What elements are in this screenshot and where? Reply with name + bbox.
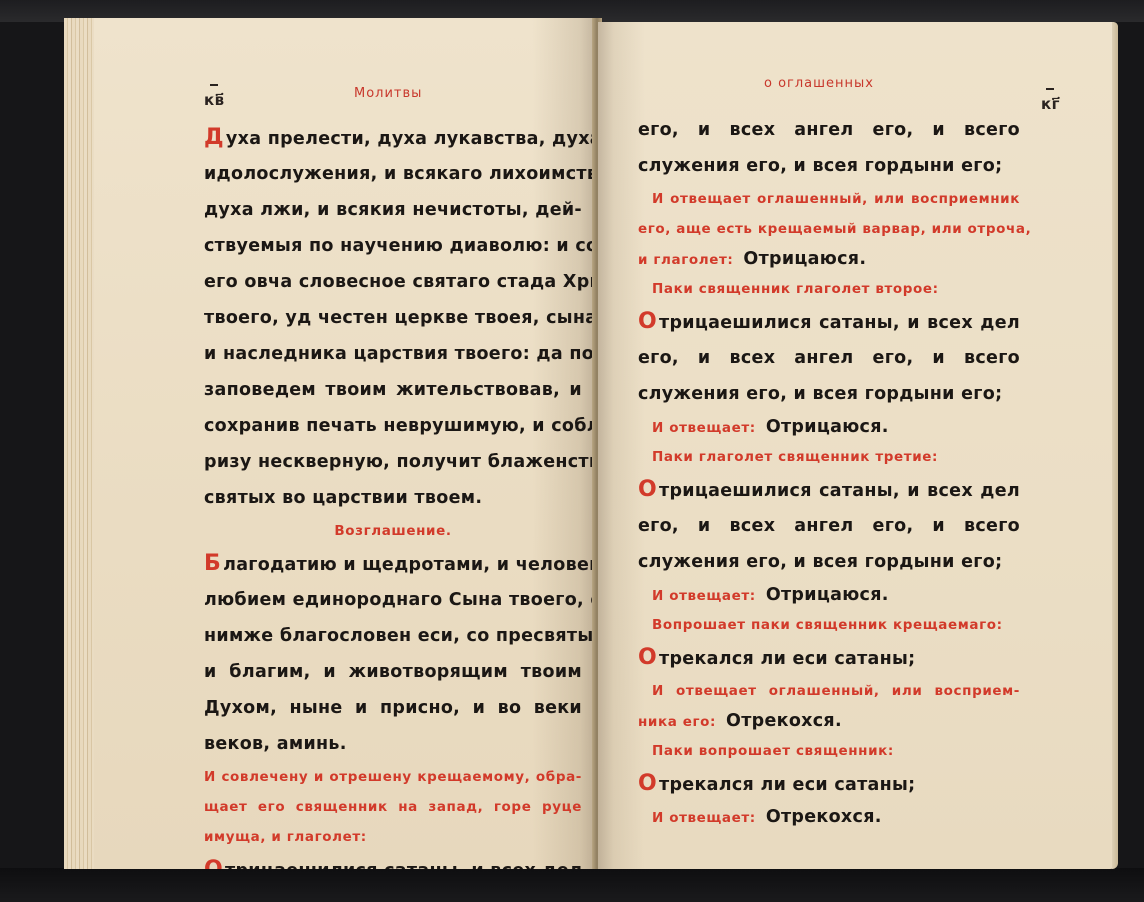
text-line: духа лжи, и всякия нечистоты, дей- — [204, 192, 582, 228]
left-text-column: кв҃ Молитвы Духа прелести, духа лукавств… — [204, 80, 582, 869]
text-line: служения его, и всея гордыни его; — [638, 376, 1020, 412]
text-line: заповедем твоим жительствовав, и — [204, 372, 582, 408]
red-initial-letter: О — [638, 771, 657, 796]
text-line: и благим, и животворящим твоим — [204, 654, 582, 690]
text-line: Отрицаешилися сатаны, и всех дел — [638, 472, 1020, 508]
running-head-title: о оглашенных — [764, 76, 874, 91]
line-text: служения его, и всея гордыни его; — [638, 384, 1002, 404]
red-initial-letter: О — [204, 857, 223, 869]
text-line: служения его, и всея гордыни его; — [638, 148, 1020, 184]
line-text: имуща, и глаголет: — [204, 829, 367, 845]
line-text: его, и всех ангел его, и всего — [638, 516, 1020, 536]
line-text: трекался ли еси сатаны; — [659, 775, 915, 795]
text-line: его овча словесное святаго стада Христа — [204, 264, 582, 300]
line-text: И совлечену и отрешену крещаемому, обра- — [204, 769, 582, 785]
text-line: Духа прелести, духа лукавства, духа — [204, 120, 582, 156]
response-text: Отрицаюся. — [743, 249, 866, 269]
line-text: веков, аминь. — [204, 734, 347, 754]
line-text: и благим, и животворящим твоим — [204, 662, 582, 682]
left-page-body: Духа прелести, духа лукавства, духаидоло… — [204, 120, 582, 869]
right-running-head: о оглашенных кг҃ — [638, 72, 1020, 112]
rubric-line: И отвещает:Отрицаюся. — [638, 412, 1020, 442]
line-text: ника его: — [638, 714, 716, 730]
right-page-body: его, и всех ангел его, и всегослужения е… — [638, 112, 1020, 832]
line-text: Паки вопрошает священник: — [652, 743, 894, 759]
line-text: Духом, ныне и присно, и во веки — [204, 698, 582, 718]
line-text: И отвещает: — [652, 810, 756, 826]
text-line: Благодатию и щедротами, и человеко- — [204, 546, 582, 582]
line-text: его, и всех ангел его, и всего — [638, 120, 1020, 140]
line-text: трицаешилися сатаны, и всех дел — [659, 481, 1020, 501]
line-text: Паки глаголет священник третие: — [652, 449, 938, 465]
response-text: Отрицаюся. — [766, 585, 889, 605]
text-line: его, и всех ангел его, и всего — [638, 340, 1020, 376]
text-line: его, и всех ангел его, и всего — [638, 508, 1020, 544]
page-number-text: кв҃ — [204, 91, 225, 109]
text-line: идолослужения, и всякаго лихоимства, — [204, 156, 582, 192]
rubric-line: Паки священник глаголет второе: — [638, 274, 1020, 304]
rubric-line: И отвещает:Отрицаюся. — [638, 580, 1020, 610]
line-text: духа лжи, и всякия нечистоты, дей- — [204, 200, 582, 220]
stacked-page-edges — [64, 18, 94, 869]
line-text: уха прелести, духа лукавства, духа — [226, 129, 596, 149]
line-text: любием единороднаго Сына твоего, с — [204, 590, 596, 610]
rubric-line: его, аще есть крещаемый варвар, или отро… — [638, 214, 1020, 244]
line-text: И отвещает: — [652, 588, 756, 604]
line-text: Возглашение. — [334, 523, 451, 539]
text-line: любием единороднаго Сына твоего, с — [204, 582, 582, 618]
response-text: Отрекохся. — [766, 807, 882, 827]
rubric-line: И совлечену и отрешену крещаемому, обра- — [204, 762, 582, 792]
text-line: и наследника царствия твоего: да по — [204, 336, 582, 372]
red-initial-letter: Д — [204, 125, 224, 150]
line-text: трицаешилися сатаны, и всех дел — [225, 861, 582, 869]
line-text: служения его, и всея гордыни его; — [638, 156, 1002, 176]
right-page: о оглашенных кг҃ его, и всех ангел его, … — [598, 22, 1118, 869]
rubric-line: ника его:Отрекохся. — [638, 706, 1020, 736]
titlo-mark-icon — [1046, 88, 1054, 94]
text-line: нимже благословен еси, со пресвятым, — [204, 618, 582, 654]
page-number-text: кг҃ — [1041, 95, 1060, 113]
red-initial-letter: О — [638, 309, 657, 334]
text-line: его, и всех ангел его, и всего — [638, 112, 1020, 148]
line-text: лагодатию и щедротами, и человеко- — [223, 555, 596, 575]
line-text: твоего, уд честен церкве твоея, сына — [204, 308, 596, 328]
line-text: ствуемыя по научению диаволю: и сотвори — [204, 236, 596, 256]
line-text: нимже благословен еси, со пресвятым, — [204, 626, 596, 646]
line-text: ризу нескверную, получит блаженства — [204, 452, 596, 472]
line-text: сохранив печать неврушимую, и соблюдя — [204, 416, 596, 436]
line-text: трицаешилися сатаны, и всех дел — [659, 313, 1020, 333]
right-text-column: о оглашенных кг҃ его, и всех ангел его, … — [638, 72, 1020, 832]
red-initial-letter: О — [638, 477, 657, 502]
line-text: служения его, и всея гордыни его; — [638, 552, 1002, 572]
line-text: заповедем твоим жительствовав, и — [204, 380, 582, 400]
line-text: Паки священник глаголет второе: — [652, 281, 939, 297]
line-text: И отвещает оглашенный, или восприем- — [652, 683, 1020, 699]
rubric-line: И отвещает оглашенный, или восприемник — [638, 184, 1020, 214]
text-line: сохранив печать неврушимую, и соблюдя — [204, 408, 582, 444]
rubric-line: Вопрошает паки священник крещаемаго: — [638, 610, 1020, 640]
text-line: Отрекался ли еси сатаны; — [638, 640, 1020, 676]
rubric-line: И отвещает:Отрекохся. — [638, 802, 1020, 832]
text-line: Отрицаешилися сатаны, и всех дел — [204, 852, 582, 869]
text-line: Отрекался ли еси сатаны; — [638, 766, 1020, 802]
response-text: Отрицаюся. — [766, 417, 889, 437]
left-running-head: кв҃ Молитвы — [204, 80, 582, 120]
text-line: Духом, ныне и присно, и во веки — [204, 690, 582, 726]
line-text: его овча словесное святаго стада Христа — [204, 272, 596, 292]
line-text: его, и всех ангел его, и всего — [638, 348, 1020, 368]
left-page: кв҃ Молитвы Духа прелести, духа лукавств… — [64, 18, 596, 869]
rubric-line: Возглашение. — [204, 516, 582, 546]
line-text: и наследника царствия твоего: да по — [204, 344, 594, 364]
response-text: Отрекохся. — [726, 711, 842, 731]
book-cover-bottom — [0, 868, 1144, 902]
rubric-line: Паки вопрошает священник: — [638, 736, 1020, 766]
red-initial-letter: Б — [204, 551, 221, 576]
line-text: щает его священник на запад, горе руце — [204, 799, 582, 815]
line-text: И отвещает: — [652, 420, 756, 436]
text-line: святых во царствии твоем. — [204, 480, 582, 516]
line-text: трекался ли еси сатаны; — [659, 649, 915, 669]
running-head-title: Молитвы — [354, 86, 422, 101]
rubric-line: И отвещает оглашенный, или восприем- — [638, 676, 1020, 706]
page-fore-edge — [1112, 22, 1118, 869]
rubric-line: имуща, и глаголет: — [204, 822, 582, 852]
line-text: идолослужения, и всякаго лихоимства, — [204, 164, 596, 184]
text-line: служения его, и всея гордыни его; — [638, 544, 1020, 580]
line-text: его, аще есть крещаемый варвар, или отро… — [638, 221, 1031, 237]
line-text: и глаголет: — [638, 252, 733, 268]
page-number-right: кг҃ — [1041, 88, 1060, 113]
line-text: Вопрошает паки священник крещаемаго: — [652, 617, 1003, 633]
rubric-line: щает его священник на запад, горе руце — [204, 792, 582, 822]
page-number-left: кв҃ — [204, 84, 225, 109]
rubric-line: и глаголет:Отрицаюся. — [638, 244, 1020, 274]
text-line: веков, аминь. — [204, 726, 582, 762]
rubric-line: Паки глаголет священник третие: — [638, 442, 1020, 472]
line-text: И отвещает оглашенный, или восприемник — [652, 191, 1020, 207]
titlo-mark-icon — [210, 84, 218, 90]
text-line: ризу нескверную, получит блаженства — [204, 444, 582, 480]
red-initial-letter: О — [638, 645, 657, 670]
text-line: Отрицаешилися сатаны, и всех дел — [638, 304, 1020, 340]
text-line: твоего, уд честен церкве твоея, сына — [204, 300, 582, 336]
line-text: святых во царствии твоем. — [204, 488, 482, 508]
text-line: ствуемыя по научению диаволю: и сотвори — [204, 228, 582, 264]
